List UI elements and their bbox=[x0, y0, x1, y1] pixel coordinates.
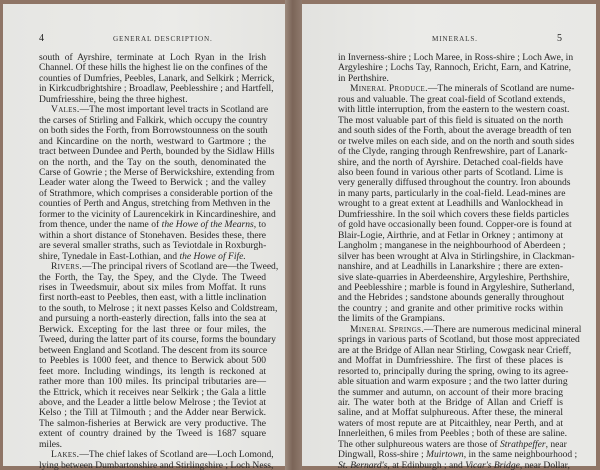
book-gutter bbox=[285, 0, 302, 470]
page-number: 4 bbox=[39, 33, 44, 44]
text-line: of the Clyde, ranging through Renfrewshi… bbox=[338, 147, 563, 157]
right-page: MINERALS. 5 in Inverness-shire ; Loch Ma… bbox=[302, 4, 596, 466]
text-line: nanshire, and at Leadhills in Lanarkshir… bbox=[338, 262, 563, 272]
text-line: extent of country drained by the Tweed i… bbox=[39, 429, 266, 439]
text-line: able situation and warm exposure ; and t… bbox=[338, 377, 563, 387]
section-rivers: Rivers.—The principal rivers of Scotland… bbox=[39, 262, 266, 272]
running-head: MINERALS. bbox=[432, 35, 478, 43]
running-head: GENERAL DESCRIPTION. bbox=[113, 35, 213, 43]
section-heading: Lakes. bbox=[51, 449, 79, 460]
section-heading: Mineral Produce. bbox=[350, 83, 428, 94]
page-number: 5 bbox=[557, 33, 562, 44]
text-line: tract between Dundee and Perth, bounded … bbox=[39, 147, 266, 157]
section-heading: Mineral Springs. bbox=[350, 324, 424, 335]
text-line: lying between Dumbartonshire and Stirlin… bbox=[39, 461, 266, 470]
body-text: in Inverness-shire ; Loch Maree, in Ross… bbox=[338, 53, 563, 470]
section-heading: Rivers. bbox=[51, 261, 82, 272]
text-line: St. Bernard's, at Edinburgh ; and Vicar'… bbox=[338, 461, 563, 470]
section-heading: Vales. bbox=[51, 104, 80, 115]
left-page: 4 GENERAL DESCRIPTION. south of Ayrshire… bbox=[3, 4, 285, 466]
text-line: rather more than 100 miles. Its principa… bbox=[39, 377, 266, 387]
body-text: south of Ayrshire, terminate at Loch Rya… bbox=[39, 53, 266, 470]
